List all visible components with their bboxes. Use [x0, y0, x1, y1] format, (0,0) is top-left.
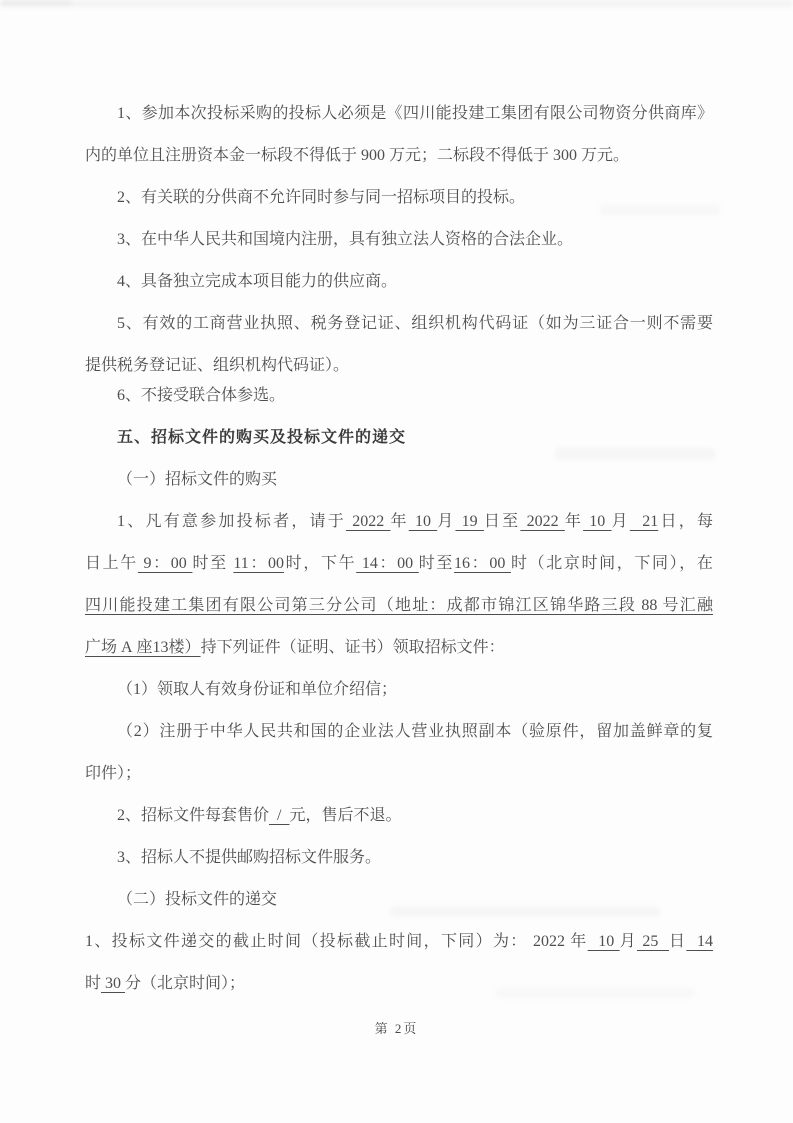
text-run: 内的单位且注册资本金一标段不得低于 900 万元；二标段不得低于 300 万元。 — [85, 147, 629, 164]
text-run: 1、凡有意参加投标者，请于 — [117, 513, 346, 530]
submission-clause-1: 时 30 分（北京时间）； — [85, 963, 713, 1005]
scan-artifact — [0, 0, 793, 7]
filled-blank: 16：00 — [454, 555, 511, 572]
purchase-clause-2: 2、招标文件每套售价 / 元，售后不退。 — [85, 795, 713, 837]
text-run: 印件）； — [85, 765, 141, 782]
document-page: 1、参加本次投标采购的投标人必须是《四川能投建工集团有限公司物资分供商库》 内的… — [0, 0, 793, 1123]
document-body: 1、参加本次投标采购的投标人必须是《四川能投建工集团有限公司物资分供商库》 内的… — [85, 93, 713, 1005]
text-run: （1）领取人有效身份证和单位介绍信； — [117, 681, 397, 698]
text-run: 2、有关联的分供商不允许同时参与同一招标项目的投标。 — [117, 189, 525, 206]
filled-blank: 11：00 — [233, 555, 284, 572]
text-run: 年 — [565, 513, 583, 530]
page-number: 第 2页 — [0, 1020, 793, 1038]
filled-blank: 2022 — [520, 513, 564, 530]
text-run: 日至 — [484, 513, 520, 530]
eligibility-clause-5: 5、有效的工商营业执照、税务登记证、组织机构代码证（如为三证合一则不需要 — [85, 303, 713, 345]
eligibility-clause-4: 4、具备独立完成本项目能力的供应商。 — [85, 261, 713, 303]
text-run: 时至 — [192, 555, 233, 572]
text-run: 日 — [669, 933, 686, 950]
filled-blank: 19 — [455, 513, 483, 530]
text-run: 月 — [620, 933, 637, 950]
text-run: 6、不接受联合体参选。 — [117, 387, 285, 404]
text-run: 持下列证件（证明、证书）领取招标文件： — [201, 639, 505, 656]
text-run: 1、投标文件递交的截止时间（投标截止时间，下同）为： 2022 年 — [85, 933, 588, 950]
purchase-clause-1: 广场 A 座13楼）持下列证件（证明、证书）领取招标文件： — [85, 627, 713, 669]
filled-blank: 广场 A 座13楼） — [85, 639, 201, 656]
text-run: 时（北京时间，下同），在 — [511, 555, 713, 572]
section-5-heading: 五、招标文件的购买及投标文件的递交 — [85, 417, 713, 459]
credential-item-2: 印件）； — [85, 753, 713, 795]
text-run: （一）招标文件的购买 — [117, 471, 277, 488]
subsection-2-heading: （二）投标文件的递交 — [85, 879, 713, 921]
eligibility-clause-2: 2、有关联的分供商不允许同时参与同一招标项目的投标。 — [85, 177, 713, 219]
eligibility-clause-1: 内的单位且注册资本金一标段不得低于 900 万元；二标段不得低于 300 万元。 — [85, 135, 713, 177]
subsection-1-heading: （一）招标文件的购买 — [85, 459, 713, 501]
text-run: 时，下午 — [284, 555, 356, 572]
purchase-clause-1: 四川能投建工集团有限公司第三分公司（地址：成都市锦江区锦华路三段 88 号汇融 — [85, 585, 713, 627]
text-run: 3、在中华人民共和国境内注册，具有独立法人资格的合法企业。 — [117, 231, 573, 248]
purchase-clause-1: 日上午 9：00 时至 11：00时，下午 14：00 时至16：00 时（北京… — [85, 543, 713, 585]
text-run: 1、参加本次投标采购的投标人必须是《四川能投建工集团有限公司物资分供商库》 — [117, 105, 713, 122]
filled-blank: 30 — [101, 975, 125, 992]
filled-blank: 10 — [583, 513, 611, 530]
text-run: 日，每 — [658, 513, 713, 530]
text-run: 提供税务登记证、组织机构代码证）。 — [85, 357, 349, 374]
filled-blank: 21 — [630, 513, 658, 530]
text-run: 五、招标文件的购买及投标文件的递交 — [117, 429, 406, 446]
filled-blank: 14：00 — [356, 555, 419, 572]
text-run: 分（北京时间）； — [125, 975, 245, 992]
text-run: 年 — [391, 513, 409, 530]
eligibility-clause-3: 3、在中华人民共和国境内注册，具有独立法人资格的合法企业。 — [85, 219, 713, 261]
filled-blank: 10 — [588, 933, 620, 950]
submission-clause-1: 1、投标文件递交的截止时间（投标截止时间，下同）为： 2022 年 10 月 2… — [85, 921, 713, 963]
text-run: 4、具备独立完成本项目能力的供应商。 — [117, 273, 397, 290]
text-run: 元，售后不退。 — [289, 807, 401, 824]
eligibility-clause-6: 6、不接受联合体参选。 — [85, 375, 713, 417]
text-run: 2、招标文件每套售价 — [117, 807, 269, 824]
filled-blank: 四川能投建工集团有限公司第三分公司（地址：成都市锦江区锦华路三段 88 号汇融 — [85, 597, 713, 614]
filled-blank: 2022 — [346, 513, 390, 530]
text-run: 时 — [85, 975, 101, 992]
credential-item-2: （2）注册于中华人民共和国的企业法人营业执照副本（验原件，留加盖鲜章的复 — [85, 711, 713, 753]
purchase-clause-1: 1、凡有意参加投标者，请于 2022 年 10 月 19 日至 2022 年 1… — [85, 501, 713, 543]
purchase-clause-3: 3、招标人不提供邮购招标文件服务。 — [85, 837, 713, 879]
text-run: 月 — [612, 513, 630, 530]
filled-blank: 10 — [409, 513, 437, 530]
text-run: 日上午 — [85, 555, 138, 572]
text-run: （二）投标文件的递交 — [117, 891, 277, 908]
text-run: （2）注册于中华人民共和国的企业法人营业执照副本（验原件，留加盖鲜章的复 — [117, 723, 713, 740]
text-run: 月 — [437, 513, 455, 530]
filled-blank: 25 — [637, 933, 669, 950]
text-run: 5、有效的工商营业执照、税务登记证、组织机构代码证（如为三证合一则不需要 — [117, 315, 713, 332]
scan-artifact — [0, 0, 72, 6]
text-run: 时至 — [419, 555, 454, 572]
filled-blank: 14 — [686, 933, 713, 950]
filled-blank: 9：00 — [138, 555, 193, 572]
text-run: 3、招标人不提供邮购招标文件服务。 — [117, 849, 381, 866]
credential-item-1: （1）领取人有效身份证和单位介绍信； — [85, 669, 713, 711]
filled-blank: / — [269, 807, 289, 824]
eligibility-clause-1: 1、参加本次投标采购的投标人必须是《四川能投建工集团有限公司物资分供商库》 — [85, 93, 713, 135]
